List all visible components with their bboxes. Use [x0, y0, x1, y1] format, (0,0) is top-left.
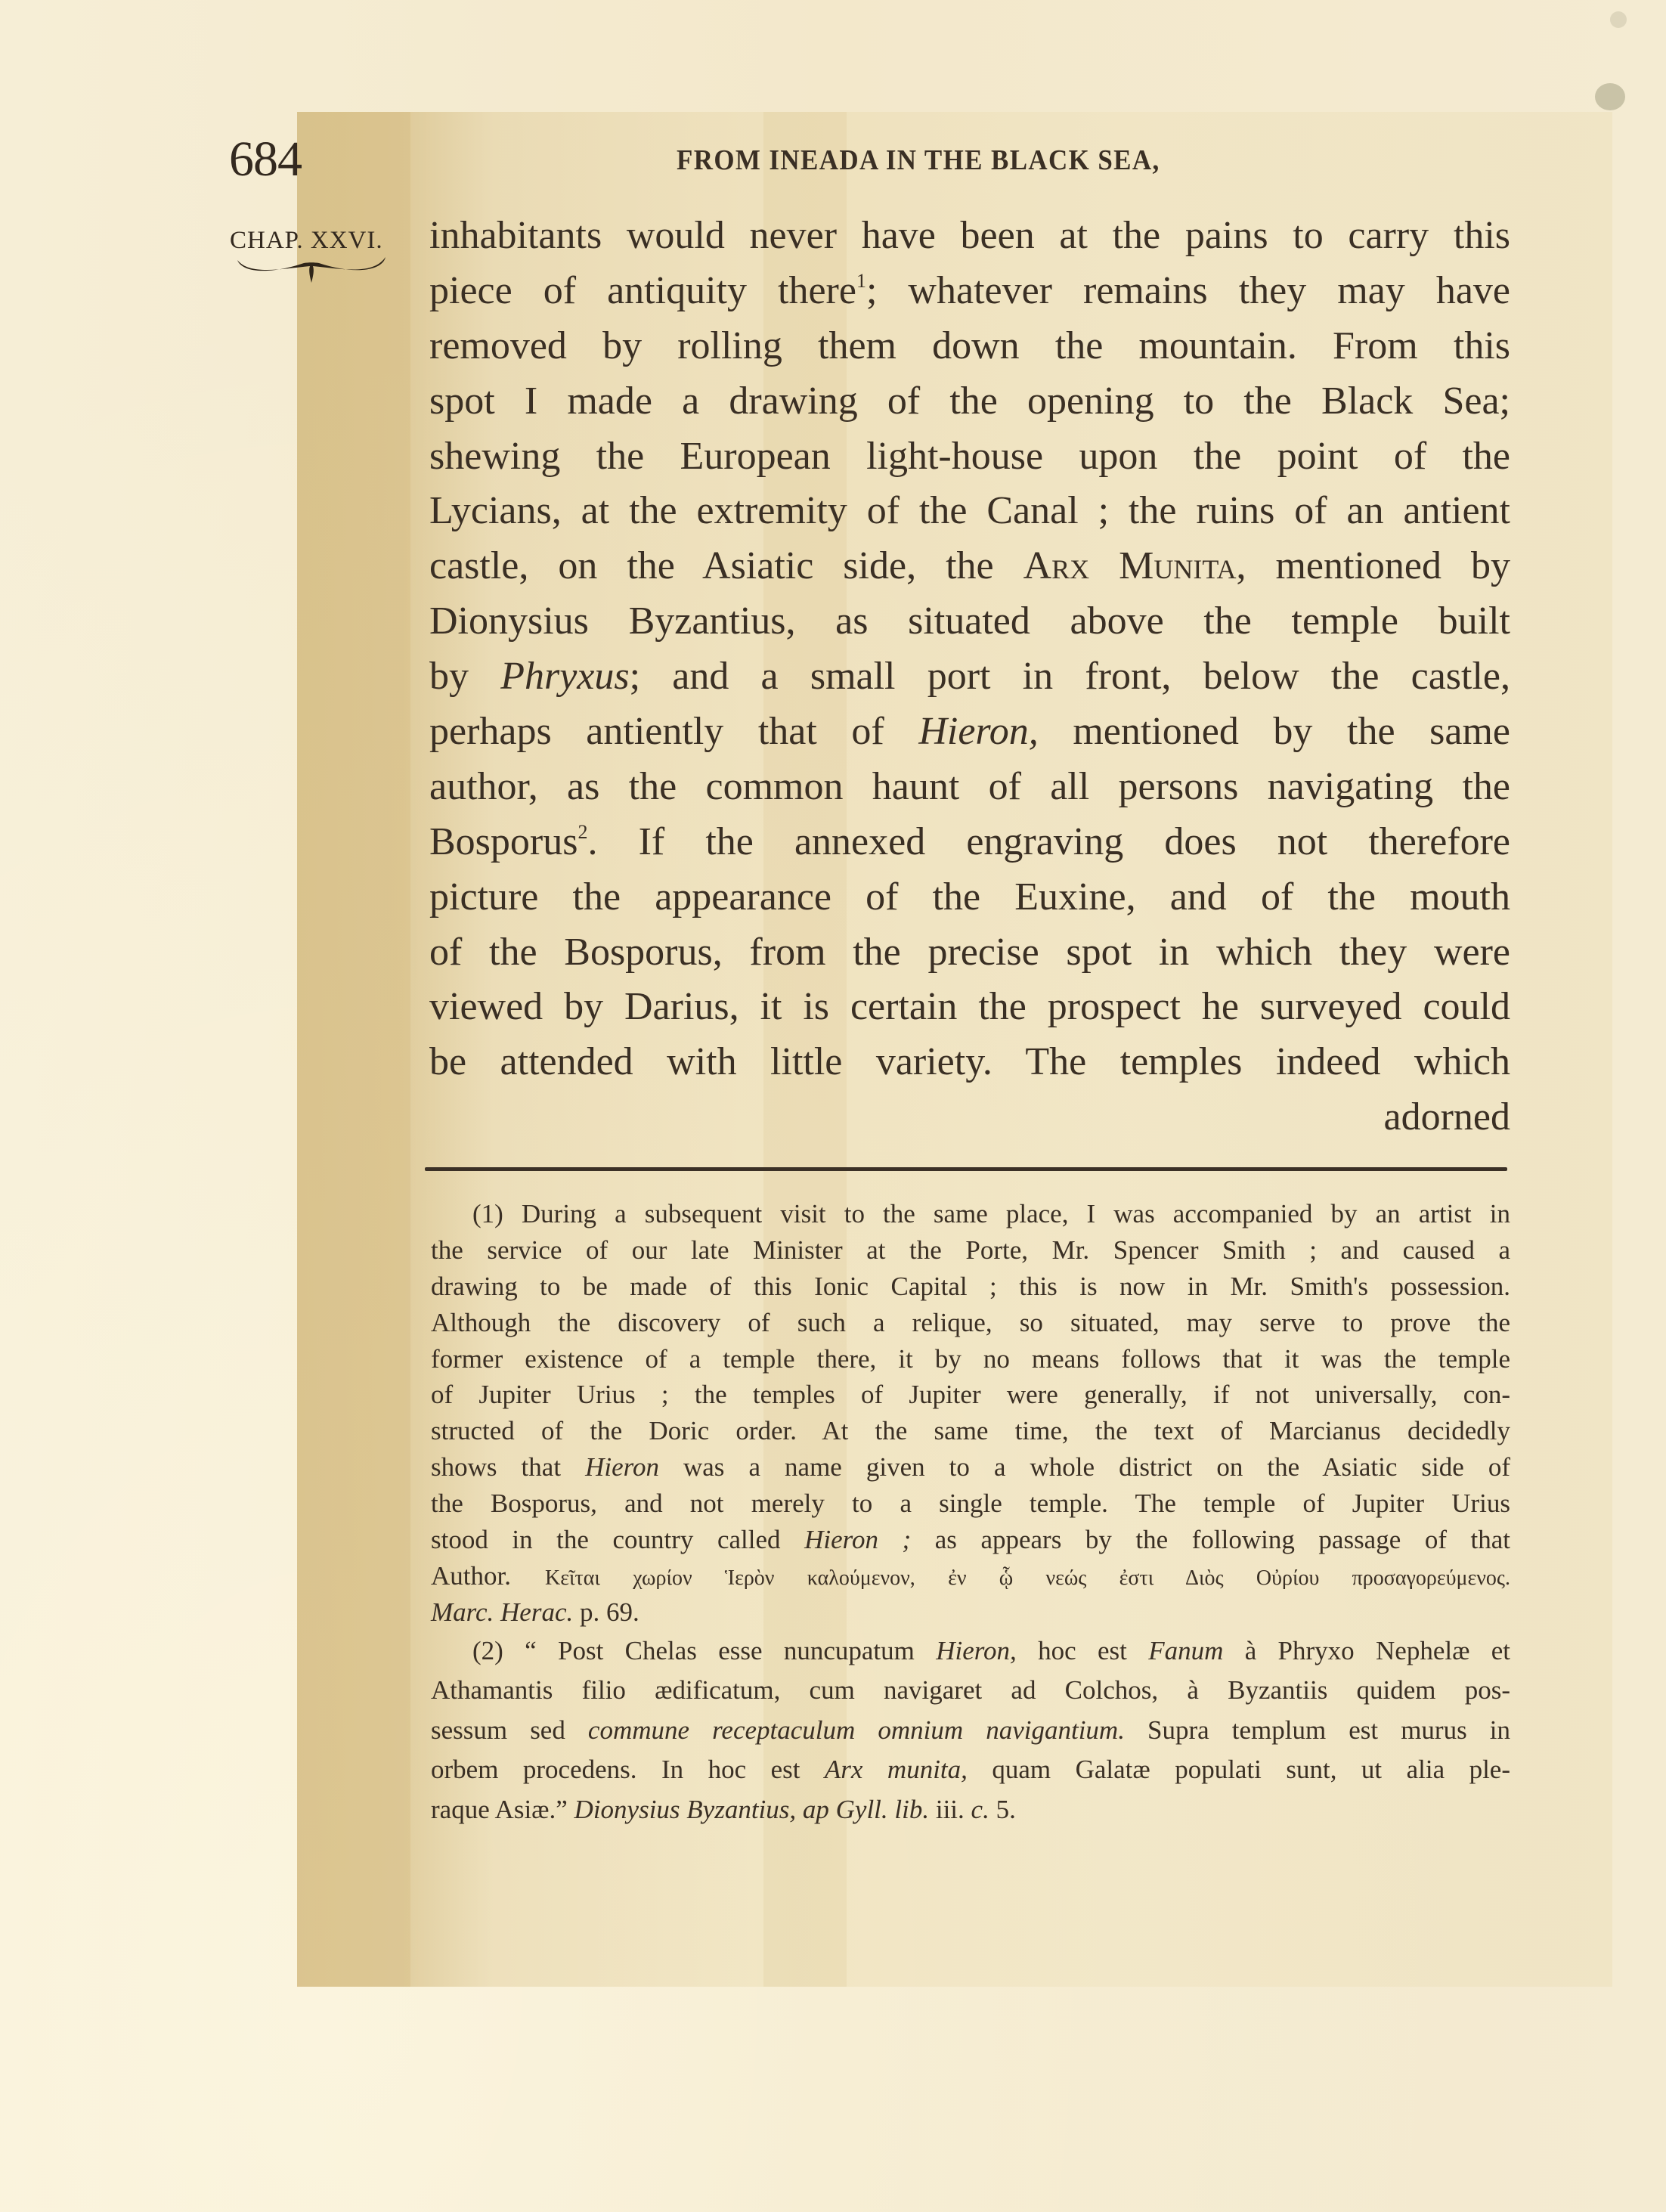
footnote-line: Although the discovery of such a relique… — [431, 1305, 1510, 1341]
text-segment: Athamantis filio ædificatum, cum navigar… — [431, 1675, 1510, 1705]
page-number: 684 — [229, 135, 302, 184]
text-segment: sessum sed — [431, 1715, 588, 1745]
footnote-line: the Bosporus, and not merely to a single… — [431, 1486, 1510, 1522]
body-line: of the Bosporus, from the precise spot i… — [429, 925, 1510, 981]
chapter-marginal-note: CHAP. XXVI. — [230, 227, 383, 254]
footnote-line: raque Asiæ.” Dionysius Byzantius, ap Gyl… — [431, 1790, 1510, 1830]
footnote-reference: 1 — [856, 270, 866, 292]
body-line: inhabitants would never have been at the… — [429, 209, 1510, 264]
text-segment: (1) During a subsequent visit to the sam… — [472, 1199, 1510, 1228]
body-line: removed by rolling them down the mountai… — [429, 319, 1510, 374]
text-segment: removed by rolling them down the mountai… — [429, 324, 1510, 367]
text-segment: quam Galatæ populati sunt, ut alia ple- — [968, 1755, 1510, 1784]
text-segment: picture the appearance of the Euxine, an… — [429, 875, 1510, 919]
footnote-line: (2) “ Post Chelas esse nuncupatum Hieron… — [431, 1631, 1510, 1671]
text-segment: à Phryxo Nephelæ et — [1223, 1636, 1510, 1665]
footnote-reference: 2 — [578, 821, 587, 843]
text-segment: hoc est — [1017, 1636, 1148, 1665]
body-line: by Phryxus; and a small port in front, b… — [429, 649, 1510, 705]
text-segment: the Bosporus, and not merely to a single… — [431, 1489, 1510, 1518]
foxing-spot — [1610, 11, 1627, 28]
footnote-line: sessum sed commune receptaculum omnium n… — [431, 1711, 1510, 1751]
text-segment: iii. — [929, 1795, 971, 1824]
text-segment: Fanum — [1148, 1636, 1223, 1665]
body-line: shewing the European light-house upon th… — [429, 429, 1510, 485]
text-segment: piece of antiquity there — [429, 269, 856, 312]
text-segment: Although the discovery of such a relique… — [431, 1308, 1510, 1337]
text-segment: mentioned by the same — [1039, 710, 1510, 753]
footnote-line: orbem procedens. In hoc est Arx munita, … — [431, 1750, 1510, 1790]
text-segment: Hieron ; — [804, 1525, 911, 1554]
text-segment: Marc. Herac. — [431, 1597, 573, 1627]
text-segment: ; whatever remains they may have — [866, 269, 1510, 312]
footnote-line: structed of the Doric order. At the same… — [431, 1413, 1510, 1449]
text-segment: viewed by Darius, it is certain the pros… — [429, 985, 1510, 1028]
text-segment: Supra templum est murus in — [1125, 1715, 1510, 1745]
text-segment: was a name given to a whole district on … — [659, 1452, 1510, 1482]
text-segment: shewing the European light-house upon th… — [429, 435, 1510, 478]
text-segment: stood in the country called — [431, 1525, 804, 1554]
text-segment: Lycians, at the extremity of the Canal ;… — [429, 489, 1510, 532]
text-segment: raque Asiæ.” — [431, 1795, 574, 1824]
foxing-spot — [1595, 83, 1625, 110]
text-segment: spot I made a drawing of the opening to … — [429, 380, 1510, 423]
footnote-line: of Jupiter Urius ; the temples of Jupite… — [431, 1377, 1510, 1413]
body-line: picture the appearance of the Euxine, an… — [429, 870, 1510, 925]
footnote-line: Athamantis filio ædificatum, cum navigar… — [431, 1671, 1510, 1711]
text-segment: be attended with little variety. The tem… — [429, 1040, 1510, 1083]
footnote-2: (2) “ Post Chelas esse nuncupatum Hieron… — [431, 1631, 1510, 1830]
main-text: inhabitants would never have been at the… — [429, 209, 1510, 1145]
text-segment: Bosporus — [429, 820, 578, 863]
text-segment: the service of our late Minister at the … — [431, 1235, 1510, 1265]
text-segment: inhabitants would never have been at the… — [429, 214, 1510, 257]
text-segment: former existence of a temple there, it b… — [431, 1344, 1510, 1374]
footnote-line: the service of our late Minister at the … — [431, 1232, 1510, 1269]
text-segment: adorned — [1384, 1095, 1510, 1139]
footnote-line: drawing to be made of this Ionic Capital… — [431, 1269, 1510, 1305]
text-segment: of the Bosporus, from the precise spot i… — [429, 931, 1510, 974]
text-segment: castle, on the Asiatic side, the — [429, 544, 1023, 587]
text-segment: Arx Munita — [1023, 544, 1237, 587]
text-segment: Phryxus — [500, 655, 629, 698]
text-segment: orbem procedens. In hoc est — [431, 1755, 825, 1784]
text-segment: c. — [971, 1795, 989, 1824]
stain-band-left — [297, 112, 410, 1987]
text-segment: Arx munita, — [825, 1755, 968, 1784]
text-segment: Dionysius Byzantius, ap Gyll. lib. — [574, 1795, 930, 1824]
body-line: Dionysius Byzantius, as situated above t… — [429, 594, 1510, 649]
body-line: adorned — [429, 1090, 1510, 1145]
footnote-line: former existence of a temple there, it b… — [431, 1341, 1510, 1377]
body-line: author, as the common haunt of all perso… — [429, 760, 1510, 815]
text-segment: structed of the Doric order. At the same… — [431, 1416, 1510, 1445]
footnotes: (1) During a subsequent visit to the sam… — [431, 1196, 1510, 1829]
text-segment: commune receptaculum omnium navigantium. — [588, 1715, 1125, 1745]
footnote-1: (1) During a subsequent visit to the sam… — [431, 1196, 1510, 1631]
text-segment: shows that — [431, 1452, 585, 1482]
text-segment: as appears by the following passage of t… — [911, 1525, 1510, 1554]
text-segment: author, as the common haunt of all perso… — [429, 765, 1510, 808]
text-segment: of Jupiter Urius ; the temples of Jupite… — [431, 1380, 1510, 1409]
footnote-line: Marc. Herac. p. 69. — [431, 1594, 1510, 1631]
footnote-line: stood in the country called Hieron ; as … — [431, 1522, 1510, 1558]
footnote-separator-rule — [425, 1167, 1507, 1171]
body-line: castle, on the Asiatic side, the Arx Mun… — [429, 539, 1510, 594]
text-segment: (2) “ Post Chelas esse nuncupatum — [472, 1636, 936, 1665]
text-segment: 5. — [989, 1795, 1016, 1824]
text-segment: Hieron — [585, 1452, 659, 1482]
body-line: Bosporus2. If the annexed engraving does… — [429, 815, 1510, 870]
text-segment: perhaps antiently that of — [429, 710, 918, 753]
body-line: perhaps antiently that of Hieron, mentio… — [429, 705, 1510, 760]
running-head: FROM INEADA IN THE BLACK SEA, — [677, 145, 968, 175]
body-line: spot I made a drawing of the opening to … — [429, 374, 1510, 429]
text-segment: . If the annexed engraving does not ther… — [587, 820, 1510, 863]
text-segment: by — [429, 655, 500, 698]
greek-quotation: Κεῖται χωρίον Ἱερὸν καλούμενον, ἐν ᾧ νεώ… — [545, 1566, 1510, 1590]
body-line: piece of antiquity there1; whatever rema… — [429, 264, 1510, 319]
text-segment: drawing to be made of this Ionic Capital… — [431, 1272, 1510, 1301]
text-segment: Dionysius Byzantius, as situated above t… — [429, 599, 1510, 643]
footnote-line: shows that Hieron was a name given to a … — [431, 1449, 1510, 1486]
body-line: Lycians, at the extremity of the Canal ;… — [429, 484, 1510, 539]
footnote-line: Author. Κεῖται χωρίον Ἱερὸν καλούμενον, … — [431, 1558, 1510, 1594]
text-segment: p. 69. — [573, 1597, 639, 1627]
brace-ornament-icon — [234, 256, 389, 286]
text-segment: , mentioned by — [1236, 544, 1510, 587]
text-segment: ; and a small port in front, below the c… — [630, 655, 1510, 698]
text-segment: Hieron, — [936, 1636, 1017, 1665]
text-segment: Author. — [431, 1561, 545, 1591]
text-segment: Hieron, — [918, 710, 1038, 753]
footnote-line: (1) During a subsequent visit to the sam… — [431, 1196, 1510, 1232]
body-line: viewed by Darius, it is certain the pros… — [429, 980, 1510, 1035]
body-line: be attended with little variety. The tem… — [429, 1035, 1510, 1090]
